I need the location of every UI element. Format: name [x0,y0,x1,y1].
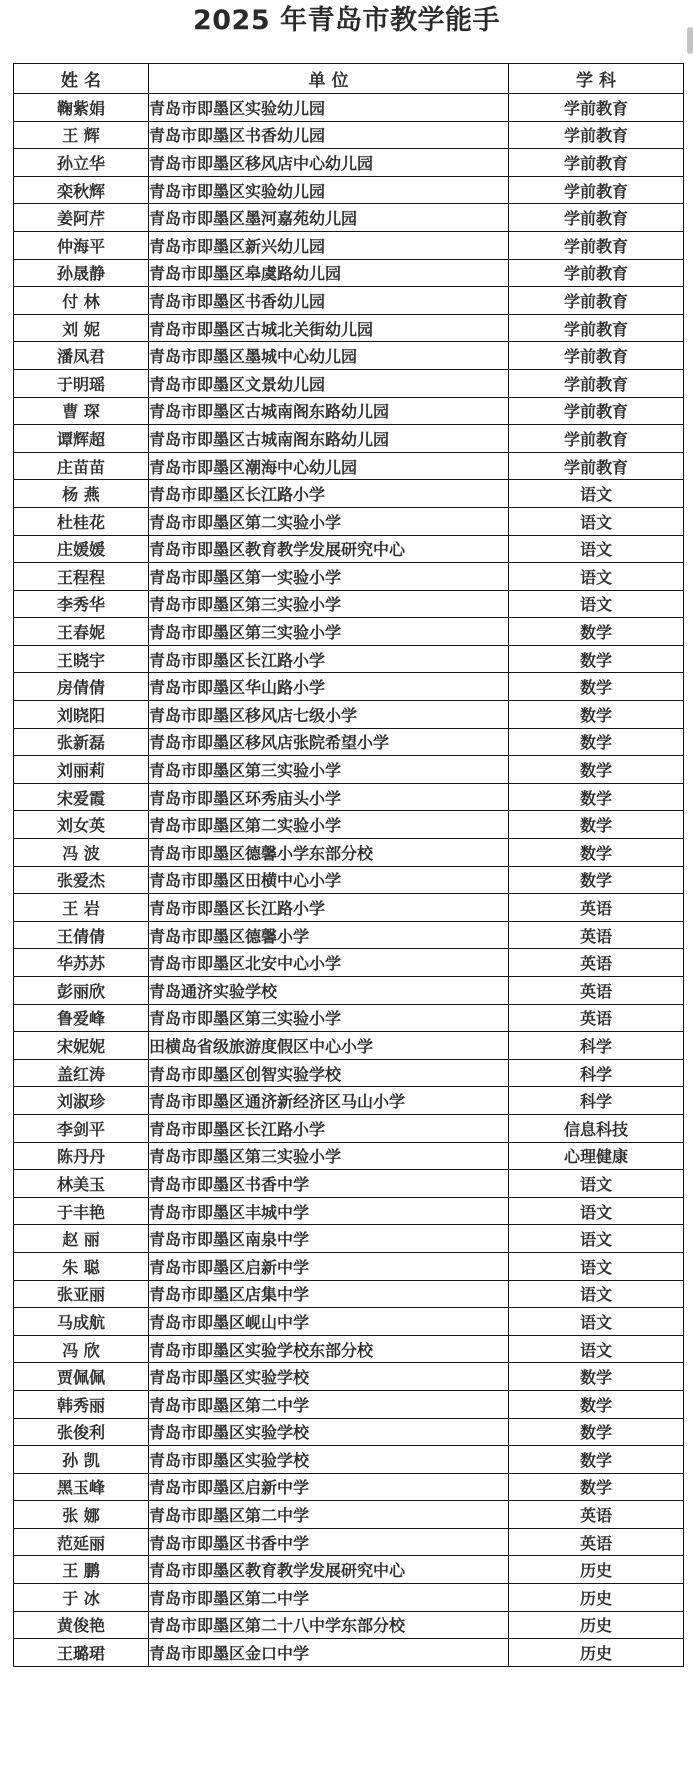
cell-unit: 田横岛省级旅游度假区中心小学 [149,1032,509,1060]
cell-subject: 学前教育 [509,397,684,425]
cell-subject: 学前教育 [509,259,684,287]
table-row: 陈丹丹青岛市即墨区第三实验小学心理健康 [14,1142,684,1170]
cell-name: 姜阿芹 [14,204,149,232]
cell-unit: 青岛市即墨区通济新经济区马山小学 [149,1087,509,1115]
cell-subject: 数学 [509,728,684,756]
cell-subject: 历史 [509,1639,684,1667]
cell-unit: 青岛市即墨区新兴幼儿园 [149,231,509,259]
cell-name: 彭丽欣 [14,977,149,1005]
cell-subject: 语文 [509,1225,684,1253]
cell-name: 黑玉峰 [14,1473,149,1501]
cell-subject: 学前教育 [509,452,684,480]
column-header-unit: 单 位 [149,64,509,94]
cell-subject: 英语 [509,894,684,922]
table-row: 栾秋辉青岛市即墨区实验幼儿园学前教育 [14,176,684,204]
cell-unit: 青岛市即墨区书香中学 [149,1528,509,1556]
cell-subject: 英语 [509,921,684,949]
cell-subject: 数学 [509,1418,684,1446]
table-row: 于 冰青岛市即墨区第二中学历史 [14,1584,684,1612]
cell-name: 王璐珺 [14,1639,149,1667]
cell-unit: 青岛市即墨区实验学校 [149,1363,509,1391]
cell-name: 孙立华 [14,149,149,177]
cell-subject: 语文 [509,1280,684,1308]
cell-name: 张新磊 [14,728,149,756]
table-row: 王 鹏青岛市即墨区教育教学发展研究中心历史 [14,1556,684,1584]
cell-subject: 科学 [509,1032,684,1060]
cell-name: 韩秀丽 [14,1390,149,1418]
table-row: 林美玉青岛市即墨区书香中学语文 [14,1170,684,1198]
cell-subject: 科学 [509,1087,684,1115]
cell-name: 刘 妮 [14,314,149,342]
table-row: 鲁爱峰青岛市即墨区第三实验小学英语 [14,1004,684,1032]
cell-subject: 语文 [509,480,684,508]
cell-unit: 青岛市即墨区第二十八中学东部分校 [149,1611,509,1639]
table-row: 王 岩青岛市即墨区长江路小学英语 [14,894,684,922]
cell-unit: 青岛市即墨区文景幼儿园 [149,369,509,397]
cell-name: 于明瑶 [14,369,149,397]
table-row: 贾佩佩青岛市即墨区实验学校数学 [14,1363,684,1391]
table-row: 刘淑珍青岛市即墨区通济新经济区马山小学科学 [14,1087,684,1115]
cell-subject: 数学 [509,1446,684,1474]
cell-subject: 学前教育 [509,425,684,453]
cell-name: 于 冰 [14,1584,149,1612]
cell-subject: 学前教育 [509,369,684,397]
table-row: 彭丽欣青岛通济实验学校英语 [14,977,684,1005]
table-row: 付 林青岛市即墨区书香幼儿园学前教育 [14,287,684,315]
cell-subject: 数学 [509,866,684,894]
cell-name: 谭辉超 [14,425,149,453]
cell-unit: 青岛市即墨区书香幼儿园 [149,287,509,315]
table-row: 赵 丽青岛市即墨区南泉中学语文 [14,1225,684,1253]
table-row: 张爱杰青岛市即墨区田横中心小学数学 [14,866,684,894]
cell-unit: 青岛市即墨区第二实验小学 [149,811,509,839]
scrollbar-thumb[interactable] [687,27,693,54]
cell-unit: 青岛市即墨区第二中学 [149,1501,509,1529]
cell-unit: 青岛市即墨区第二中学 [149,1584,509,1612]
cell-name: 孙 凯 [14,1446,149,1474]
cell-subject: 数学 [509,701,684,729]
cell-subject: 数学 [509,1473,684,1501]
cell-subject: 学前教育 [509,176,684,204]
cell-subject: 语文 [509,507,684,535]
cell-name: 杨 燕 [14,480,149,508]
cell-unit: 青岛市即墨区潮海中心幼儿园 [149,452,509,480]
cell-subject: 语文 [509,1308,684,1336]
cell-name: 林美玉 [14,1170,149,1198]
table-row: 于丰艳青岛市即墨区丰城中学语文 [14,1197,684,1225]
table-row: 张俊利青岛市即墨区实验学校数学 [14,1418,684,1446]
table-row: 仲海平青岛市即墨区新兴幼儿园学前教育 [14,231,684,259]
cell-subject: 语文 [509,590,684,618]
table-row: 范延丽青岛市即墨区书香中学英语 [14,1528,684,1556]
table-row: 王晓宇青岛市即墨区长江路小学数学 [14,645,684,673]
cell-name: 房倩倩 [14,673,149,701]
cell-unit: 青岛市即墨区书香中学 [149,1170,509,1198]
cell-name: 黄俊艳 [14,1611,149,1639]
table-row: 庄媛媛青岛市即墨区教育教学发展研究中心语文 [14,535,684,563]
cell-unit: 青岛市即墨区北安中心小学 [149,949,509,977]
cell-name: 孙晟静 [14,259,149,287]
table-row: 张新磊青岛市即墨区移风店张院希望小学数学 [14,728,684,756]
cell-unit: 青岛市即墨区第三实验小学 [149,1004,509,1032]
cell-name: 张俊利 [14,1418,149,1446]
cell-name: 庄媛媛 [14,535,149,563]
cell-name: 仲海平 [14,231,149,259]
cell-subject: 语文 [509,1252,684,1280]
cell-name: 冯 波 [14,839,149,867]
cell-unit: 青岛通济实验学校 [149,977,509,1005]
table-row: 李秀华青岛市即墨区第三实验小学语文 [14,590,684,618]
table-row: 黑玉峰青岛市即墨区启新中学数学 [14,1473,684,1501]
table-row: 刘 妮青岛市即墨区古城北关街幼儿园学前教育 [14,314,684,342]
cell-subject: 学前教育 [509,314,684,342]
table-row: 曹 琛青岛市即墨区古城南阁东路幼儿园学前教育 [14,397,684,425]
cell-subject: 语文 [509,1335,684,1363]
cell-subject: 数学 [509,618,684,646]
cell-name: 于丰艳 [14,1197,149,1225]
cell-name: 张 娜 [14,1501,149,1529]
cell-name: 宋爱霞 [14,783,149,811]
cell-unit: 青岛市即墨区金口中学 [149,1639,509,1667]
cell-unit: 青岛市即墨区墨河嘉苑幼儿园 [149,204,509,232]
cell-subject: 学前教育 [509,287,684,315]
cell-subject: 科学 [509,1059,684,1087]
table-row: 王程程青岛市即墨区第一实验小学语文 [14,563,684,591]
table-row: 黄俊艳青岛市即墨区第二十八中学东部分校历史 [14,1611,684,1639]
cell-unit: 青岛市即墨区岘山中学 [149,1308,509,1336]
cell-name: 杜桂花 [14,507,149,535]
cell-unit: 青岛市即墨区实验学校东部分校 [149,1335,509,1363]
cell-subject: 语文 [509,1197,684,1225]
cell-subject: 语文 [509,563,684,591]
cell-name: 刘晓阳 [14,701,149,729]
cell-name: 刘丽莉 [14,756,149,784]
cell-name: 朱 聪 [14,1252,149,1280]
table-row: 于明瑶青岛市即墨区文景幼儿园学前教育 [14,369,684,397]
cell-name: 贾佩佩 [14,1363,149,1391]
cell-unit: 青岛市即墨区皋虞路幼儿园 [149,259,509,287]
cell-name: 曹 琛 [14,397,149,425]
table-row: 张 娜青岛市即墨区第二中学英语 [14,1501,684,1529]
cell-unit: 青岛市即墨区环秀庙头小学 [149,783,509,811]
cell-name: 李秀华 [14,590,149,618]
table-row: 盖红涛青岛市即墨区创智实验学校科学 [14,1059,684,1087]
table-row: 姜阿芹青岛市即墨区墨河嘉苑幼儿园学前教育 [14,204,684,232]
cell-subject: 英语 [509,1528,684,1556]
cell-unit: 青岛市即墨区古城南阁东路幼儿园 [149,425,509,453]
cell-unit: 青岛市即墨区长江路小学 [149,894,509,922]
table-row: 华苏苏青岛市即墨区北安中心小学英语 [14,949,684,977]
cell-name: 王程程 [14,563,149,591]
cell-unit: 青岛市即墨区第三实验小学 [149,1142,509,1170]
cell-unit: 青岛市即墨区第三实验小学 [149,618,509,646]
cell-unit: 青岛市即墨区第二中学 [149,1390,509,1418]
cell-subject: 数学 [509,756,684,784]
table-row: 张亚丽青岛市即墨区店集中学语文 [14,1280,684,1308]
table-row: 杜桂花青岛市即墨区第二实验小学语文 [14,507,684,535]
cell-unit: 青岛市即墨区华山路小学 [149,673,509,701]
table-row: 王璐珺青岛市即墨区金口中学历史 [14,1639,684,1667]
cell-name: 范延丽 [14,1528,149,1556]
cell-name: 张亚丽 [14,1280,149,1308]
table-row: 刘晓阳青岛市即墨区移风店七级小学数学 [14,701,684,729]
cell-subject: 数学 [509,783,684,811]
cell-unit: 青岛市即墨区长江路小学 [149,1114,509,1142]
table-row: 王 辉青岛市即墨区书香幼儿园学前教育 [14,121,684,149]
cell-unit: 青岛市即墨区移风店中心幼儿园 [149,149,509,177]
cell-unit: 青岛市即墨区实验幼儿园 [149,176,509,204]
table-row: 鞠紫娟青岛市即墨区实验幼儿园学前教育 [14,94,684,122]
cell-name: 冯 欣 [14,1335,149,1363]
cell-name: 王 辉 [14,121,149,149]
cell-subject: 数学 [509,1390,684,1418]
cell-subject: 英语 [509,949,684,977]
cell-name: 王春妮 [14,618,149,646]
cell-name: 盖红涛 [14,1059,149,1087]
cell-unit: 青岛市即墨区第二实验小学 [149,507,509,535]
cell-unit: 青岛市即墨区启新中学 [149,1252,509,1280]
cell-name: 付 林 [14,287,149,315]
cell-unit: 青岛市即墨区第一实验小学 [149,563,509,591]
table-row: 宋妮妮田横岛省级旅游度假区中心小学科学 [14,1032,684,1060]
cell-unit: 青岛市即墨区墨城中心幼儿园 [149,342,509,370]
cell-unit: 青岛市即墨区田横中心小学 [149,866,509,894]
column-header-name: 姓 名 [14,64,149,94]
cell-name: 赵 丽 [14,1225,149,1253]
cell-subject: 学前教育 [509,231,684,259]
cell-unit: 青岛市即墨区启新中学 [149,1473,509,1501]
cell-subject: 英语 [509,977,684,1005]
table-header-row: 姓 名 单 位 学 科 [14,64,684,94]
cell-unit: 青岛市即墨区古城南阁东路幼儿园 [149,397,509,425]
cell-unit: 青岛市即墨区实验学校 [149,1418,509,1446]
cell-unit: 青岛市即墨区长江路小学 [149,480,509,508]
cell-unit: 青岛市即墨区教育教学发展研究中心 [149,535,509,563]
cell-unit: 青岛市即墨区店集中学 [149,1280,509,1308]
cell-subject: 数学 [509,839,684,867]
table-row: 刘女英青岛市即墨区第二实验小学数学 [14,811,684,839]
cell-name: 刘淑珍 [14,1087,149,1115]
cell-name: 潘凤君 [14,342,149,370]
cell-subject: 英语 [509,1004,684,1032]
cell-unit: 青岛市即墨区移风店张院希望小学 [149,728,509,756]
column-header-subject: 学 科 [509,64,684,94]
table-row: 韩秀丽青岛市即墨区第二中学数学 [14,1390,684,1418]
table-row: 孙晟静青岛市即墨区皋虞路幼儿园学前教育 [14,259,684,287]
cell-unit: 青岛市即墨区长江路小学 [149,645,509,673]
cell-subject: 语文 [509,535,684,563]
table-row: 庄苗苗青岛市即墨区潮海中心幼儿园学前教育 [14,452,684,480]
cell-subject: 英语 [509,1501,684,1529]
table-row: 刘丽莉青岛市即墨区第三实验小学数学 [14,756,684,784]
cell-subject: 学前教育 [509,204,684,232]
cell-name: 张爱杰 [14,866,149,894]
cell-unit: 青岛市即墨区丰城中学 [149,1197,509,1225]
table-row: 孙 凯青岛市即墨区实验学校数学 [14,1446,684,1474]
cell-unit: 青岛市即墨区德馨小学东部分校 [149,839,509,867]
cell-unit: 青岛市即墨区实验幼儿园 [149,94,509,122]
cell-subject: 数学 [509,811,684,839]
cell-name: 王 岩 [14,894,149,922]
cell-unit: 青岛市即墨区南泉中学 [149,1225,509,1253]
cell-unit: 青岛市即墨区德馨小学 [149,921,509,949]
cell-subject: 数学 [509,673,684,701]
table-row: 杨 燕青岛市即墨区长江路小学语文 [14,480,684,508]
cell-subject: 学前教育 [509,94,684,122]
cell-name: 栾秋辉 [14,176,149,204]
cell-name: 华苏苏 [14,949,149,977]
table-row: 朱 聪青岛市即墨区启新中学语文 [14,1252,684,1280]
table-row: 宋爱霞青岛市即墨区环秀庙头小学数学 [14,783,684,811]
cell-unit: 青岛市即墨区古城北关街幼儿园 [149,314,509,342]
cell-unit: 青岛市即墨区实验学校 [149,1446,509,1474]
table-row: 冯 波青岛市即墨区德馨小学东部分校数学 [14,839,684,867]
table-row: 王春妮青岛市即墨区第三实验小学数学 [14,618,684,646]
cell-name: 庄苗苗 [14,452,149,480]
cell-subject: 历史 [509,1584,684,1612]
table-row: 李剑平青岛市即墨区长江路小学信息科技 [14,1114,684,1142]
cell-subject: 数学 [509,645,684,673]
cell-name: 李剑平 [14,1114,149,1142]
cell-name: 王 鹏 [14,1556,149,1584]
table-row: 马成航青岛市即墨区岘山中学语文 [14,1308,684,1336]
table-row: 王倩倩青岛市即墨区德馨小学英语 [14,921,684,949]
cell-subject: 心理健康 [509,1142,684,1170]
cell-subject: 学前教育 [509,342,684,370]
table-row: 谭辉超青岛市即墨区古城南阁东路幼儿园学前教育 [14,425,684,453]
cell-unit: 青岛市即墨区第三实验小学 [149,756,509,784]
page: 2025 年青岛市教学能手 姓 名 单 位 学 科 鞠紫娟青岛市即墨区实验幼儿园… [0,0,693,1785]
table-row: 孙立华青岛市即墨区移风店中心幼儿园学前教育 [14,149,684,177]
table-row: 房倩倩青岛市即墨区华山路小学数学 [14,673,684,701]
cell-name: 宋妮妮 [14,1032,149,1060]
table-row: 潘凤君青岛市即墨区墨城中心幼儿园学前教育 [14,342,684,370]
page-title: 2025 年青岛市教学能手 [0,0,693,39]
cell-name: 刘女英 [14,811,149,839]
cell-name: 马成航 [14,1308,149,1336]
cell-unit: 青岛市即墨区教育教学发展研究中心 [149,1556,509,1584]
cell-subject: 学前教育 [509,121,684,149]
table-row: 冯 欣青岛市即墨区实验学校东部分校语文 [14,1335,684,1363]
teachers-table: 姓 名 单 位 学 科 鞠紫娟青岛市即墨区实验幼儿园学前教育王 辉青岛市即墨区书… [13,63,684,1667]
cell-subject: 数学 [509,1363,684,1391]
cell-subject: 历史 [509,1611,684,1639]
cell-unit: 青岛市即墨区书香幼儿园 [149,121,509,149]
cell-subject: 学前教育 [509,149,684,177]
cell-name: 王倩倩 [14,921,149,949]
cell-subject: 历史 [509,1556,684,1584]
cell-unit: 青岛市即墨区第三实验小学 [149,590,509,618]
cell-unit: 青岛市即墨区移风店七级小学 [149,701,509,729]
cell-subject: 语文 [509,1170,684,1198]
cell-name: 鲁爱峰 [14,1004,149,1032]
cell-unit: 青岛市即墨区创智实验学校 [149,1059,509,1087]
cell-name: 鞠紫娟 [14,94,149,122]
cell-name: 王晓宇 [14,645,149,673]
cell-name: 陈丹丹 [14,1142,149,1170]
cell-subject: 信息科技 [509,1114,684,1142]
